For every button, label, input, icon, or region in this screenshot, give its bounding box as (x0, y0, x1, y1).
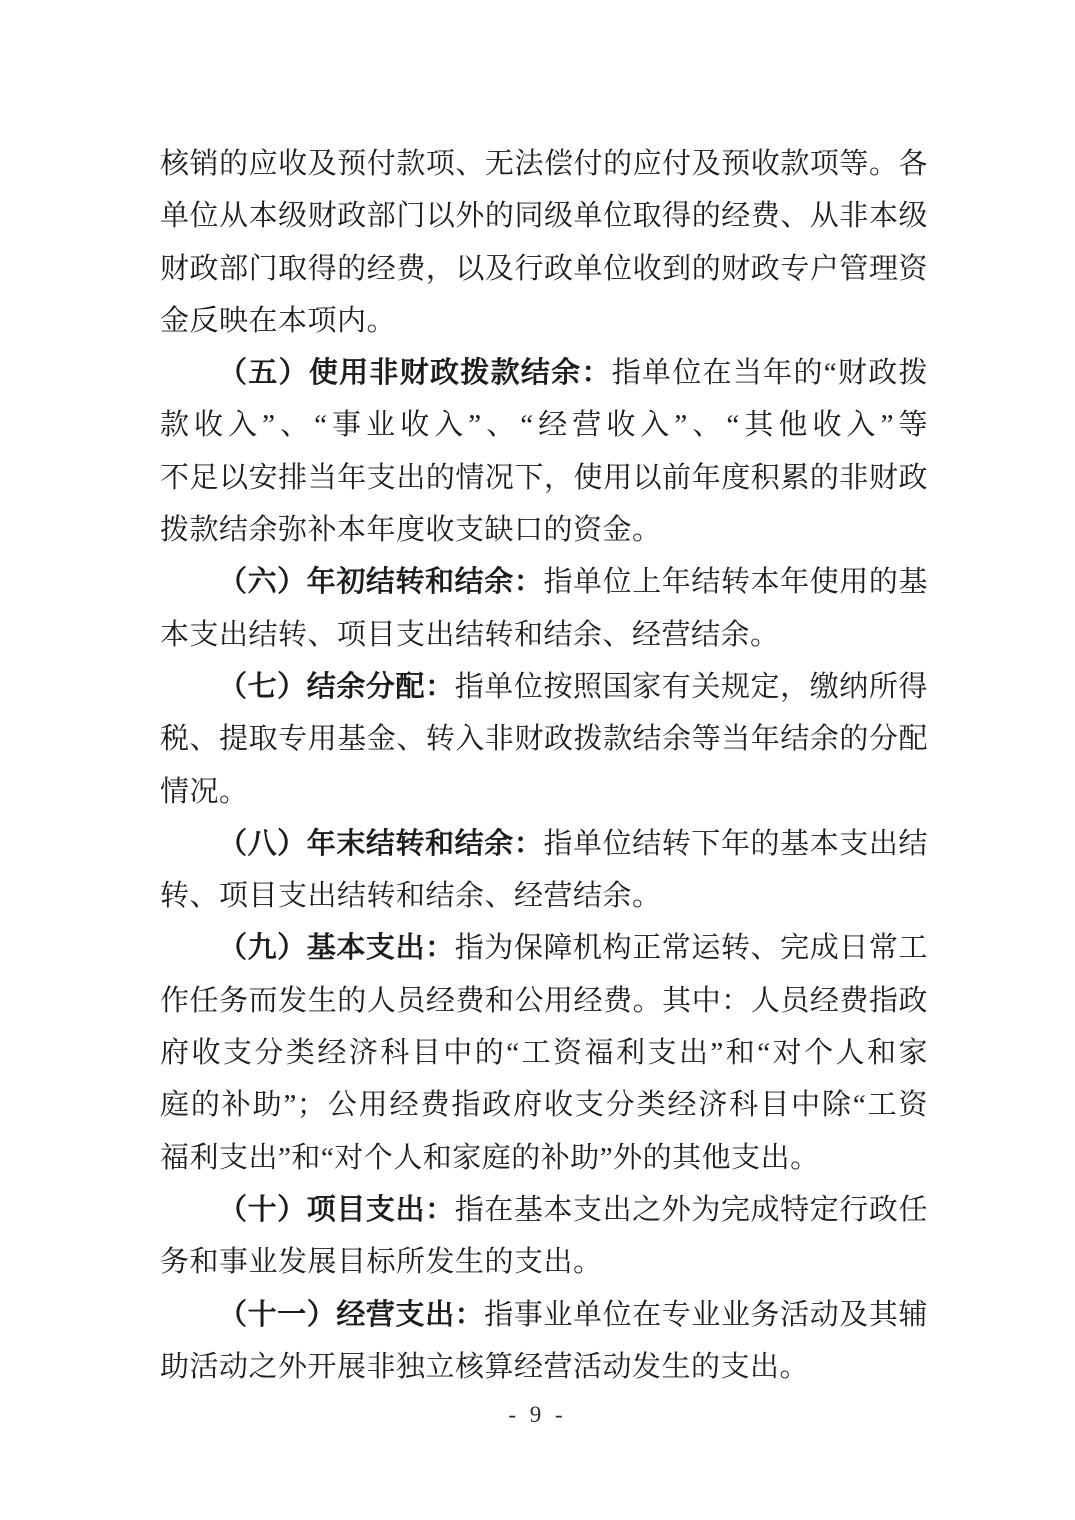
body-text: 指单位结转下年的基本支出结 (543, 828, 928, 860)
document-body: 核销的应收及预付款项、无法偿付的应付及预收款项等。各 单位从本级财政部门以外的同… (160, 138, 928, 1393)
text-line: 税、提取专用基金、转入非财政拨款结余等当年结余的分配 (160, 713, 928, 765)
body-text: 金反映在本项内。 (160, 305, 396, 337)
text-line-section-9: （九）基本支出：指为保障机构正常运转、完成日常工 (160, 922, 928, 974)
text-line: 作任务而发生的人员经费和公用经费。其中：人员经费指政 (160, 975, 928, 1027)
text-line-section-10: （十）项目支出：指在基本支出之外为完成特定行政任 (160, 1184, 928, 1236)
text-line: 单位从本级财政部门以外的同级单位取得的经费、从非本级 (160, 190, 928, 242)
text-line: 拨款结余弥补本年度收支缺口的资金。 (160, 504, 928, 556)
text-line-section-5: （五）使用非财政拨款结余：指单位在当年的“财政拨 (160, 347, 928, 399)
body-text: 助活动之外开展非独立核算经营活动发生的支出。 (160, 1351, 809, 1383)
body-text: 不足以安排当年支出的情况下，使用以前年度积累的非财政 (160, 462, 928, 494)
body-text: 单位从本级财政部门以外的同级单位取得的经费、从非本级 (160, 200, 928, 232)
text-line: 务和事业发展目标所发生的支出。 (160, 1236, 928, 1288)
section-heading: （七）结余分配： (218, 671, 455, 703)
body-text: 福利支出”和“对个人和家庭的补助”外的其他支出。 (160, 1142, 820, 1174)
text-line: 情况。 (160, 766, 928, 818)
text-line-section-11: （十一）经营支出：指事业单位在专业业务活动及其辅 (160, 1289, 928, 1341)
text-line: 本支出结转、项目支出结转和结余、经营结余。 (160, 609, 928, 661)
text-line: 庭的补助”；公用经费指政府收支分类经济科目中除“工资 (160, 1079, 928, 1131)
text-line: 核销的应收及预付款项、无法偿付的应付及预收款项等。各 (160, 138, 928, 190)
body-text: 指单位上年结转本年使用的基 (543, 566, 928, 598)
text-line-section-8: （八）年末结转和结余：指单位结转下年的基本支出结 (160, 818, 928, 870)
body-text: 税、提取专用基金、转入非财政拨款结余等当年结余的分配 (160, 723, 928, 755)
body-text: 财政部门取得的经费，以及行政单位收到的财政专户管理资 (160, 253, 928, 285)
section-heading: （十一）经营支出： (218, 1299, 484, 1331)
body-text: 转、项目支出结转和结余、经营结余。 (160, 880, 662, 912)
text-line: 府收支分类经济科目中的“工资福利支出”和“对个人和家 (160, 1027, 928, 1079)
section-heading: （六）年初结转和结余： (218, 566, 543, 598)
body-text: 指单位按照国家有关规定，缴纳所得 (455, 671, 928, 703)
text-line: 金反映在本项内。 (160, 295, 928, 347)
document-page: 核销的应收及预付款项、无法偿付的应付及预收款项等。各 单位从本级财政部门以外的同… (0, 0, 1075, 1520)
section-heading: （十）项目支出： (218, 1194, 455, 1226)
page-number: - 9 - (0, 1402, 1075, 1428)
text-line: 不足以安排当年支出的情况下，使用以前年度积累的非财政 (160, 452, 928, 504)
body-text: 款收入”、“事业收入”、“经营收入”、“其他收入”等 (160, 409, 928, 441)
text-line: 款收入”、“事业收入”、“经营收入”、“其他收入”等 (160, 399, 928, 451)
section-heading: （五）使用非财政拨款结余： (218, 357, 612, 389)
section-heading: （九）基本支出： (218, 932, 455, 964)
section-heading: （八）年末结转和结余： (218, 828, 543, 860)
body-text: 情况。 (160, 776, 249, 808)
body-text: 指为保障机构正常运转、完成日常工 (455, 932, 928, 964)
body-text: 指单位在当年的“财政拨 (612, 357, 928, 389)
body-text: 庭的补助”；公用经费指政府收支分类经济科目中除“工资 (160, 1089, 928, 1121)
text-line: 福利支出”和“对个人和家庭的补助”外的其他支出。 (160, 1132, 928, 1184)
text-line: 财政部门取得的经费，以及行政单位收到的财政专户管理资 (160, 243, 928, 295)
body-text: 务和事业发展目标所发生的支出。 (160, 1246, 603, 1278)
text-line-section-6: （六）年初结转和结余：指单位上年结转本年使用的基 (160, 556, 928, 608)
body-text: 府收支分类经济科目中的“工资福利支出”和“对个人和家 (160, 1037, 928, 1069)
body-text: 作任务而发生的人员经费和公用经费。其中：人员经费指政 (160, 985, 928, 1017)
text-line: 助活动之外开展非独立核算经营活动发生的支出。 (160, 1341, 928, 1393)
body-text: 本支出结转、项目支出结转和结余、经营结余。 (160, 619, 780, 651)
body-text: 指在基本支出之外为完成特定行政任 (455, 1194, 928, 1226)
text-line: 转、项目支出结转和结余、经营结余。 (160, 870, 928, 922)
body-text: 拨款结余弥补本年度收支缺口的资金。 (160, 514, 662, 546)
body-text: 核销的应收及预付款项、无法偿付的应付及预收款项等。各 (160, 148, 928, 180)
text-line-section-7: （七）结余分配：指单位按照国家有关规定，缴纳所得 (160, 661, 928, 713)
body-text: 指事业单位在专业业务活动及其辅 (484, 1299, 928, 1331)
